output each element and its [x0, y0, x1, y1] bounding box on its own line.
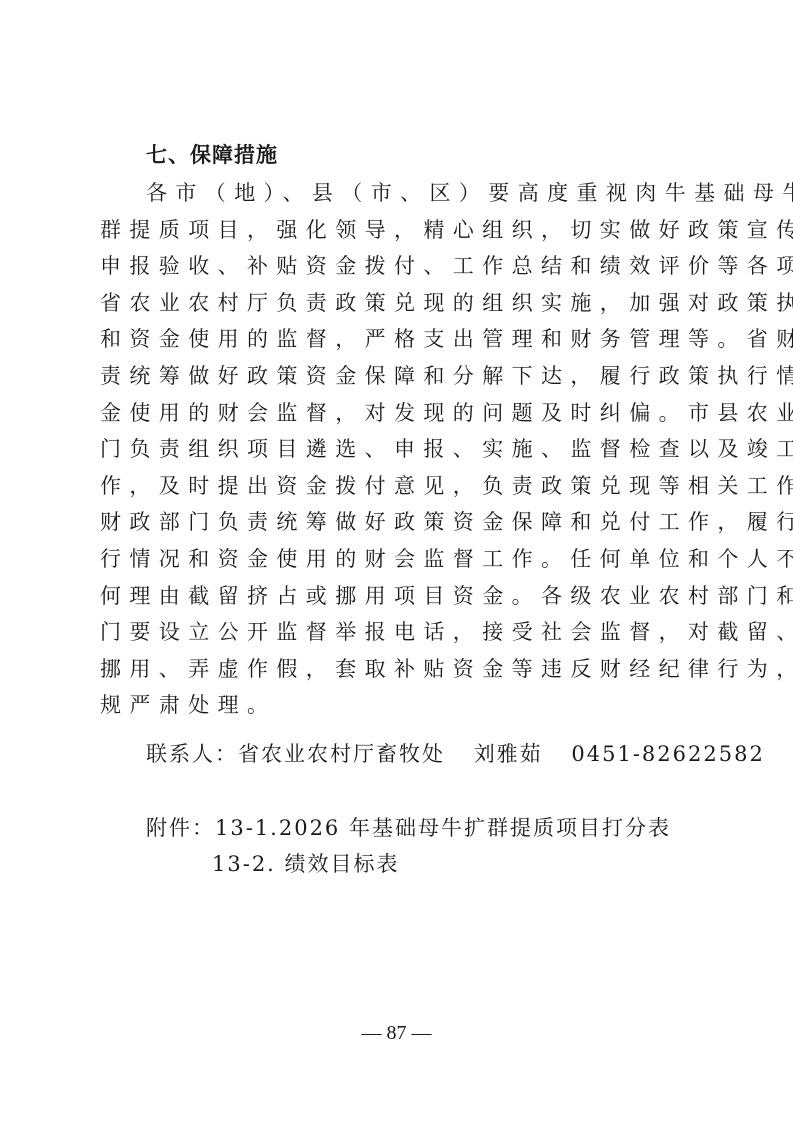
- contact-phone: 0451-82622582: [571, 742, 764, 766]
- paragraph-line: 挪用、弄虚作假，套取补贴资金等违反财经纪律行为，依法依: [100, 651, 692, 688]
- body-paragraph: 各市（地）、县（市、区）要高度重视肉牛基础母牛扩 群提质项目，强化领导，精心组织…: [100, 175, 692, 724]
- paragraph-line: 金使用的财会监督，对发现的问题及时纠偏。市县农业农村部: [100, 395, 692, 432]
- paragraph-line: 省农业农村厅负责政策兑现的组织实施，加强对政策执行情况: [100, 285, 692, 322]
- paragraph-line: 财政部门负责统筹做好政策资金保障和兑付工作，履行政策执: [100, 504, 692, 541]
- attachment-label: 附件：: [146, 816, 215, 840]
- paragraph-line: 申报验收、补贴资金拨付、工作总结和绩效评价等各项工作。: [100, 248, 692, 285]
- contact-line: 联系人：省农业农村厅畜牧处 刘雅茹 0451-82622582: [146, 738, 785, 768]
- paragraph-line: 和资金使用的监督，严格支出管理和财务管理等。省财政厅负: [100, 321, 692, 358]
- paragraph-line: 群提质项目，强化领导，精心组织，切实做好政策宣传、项目: [100, 212, 692, 249]
- contact-name: 刘雅茹: [474, 742, 543, 766]
- attachment-item: 13-2. 绩效目标表: [212, 852, 400, 876]
- paragraph-line: 何理由截留挤占或挪用项目资金。各级农业农村部门和财政部: [100, 578, 692, 615]
- paragraph-line: 各市（地）、县（市、区）要高度重视肉牛基础母牛扩: [100, 175, 692, 212]
- paragraph-line: 作，及时提出资金拨付意见，负责政策兑现等相关工作。市县: [100, 468, 692, 505]
- page-number: — 87 —: [0, 1022, 793, 1045]
- attachment-line-1: 附件：13-1.2026 年基础母牛扩群提质项目打分表: [146, 812, 671, 842]
- paragraph-line: 门负责组织项目遴选、申报、实施、监督检查以及竣工验收工: [100, 431, 692, 468]
- paragraph-line: 行情况和资金使用的财会监督工作。任何单位和个人不得以任: [100, 541, 692, 578]
- paragraph-line: 门要设立公开监督举报电话，接受社会监督，对截留、挤占、: [100, 614, 692, 651]
- attachment-item: 13-1.2026 年基础母牛扩群提质项目打分表: [215, 816, 671, 840]
- paragraph-line: 规严肃处理。: [100, 687, 692, 724]
- contact-label: 联系人：省农业农村厅畜牧处: [146, 742, 445, 766]
- attachment-line-2: 13-2. 绩效目标表: [212, 848, 400, 878]
- paragraph-line: 责统筹做好政策资金保障和分解下达，履行政策执行情况和资: [100, 358, 692, 395]
- document-page: 七、保障措施 各市（地）、县（市、区）要高度重视肉牛基础母牛扩 群提质项目，强化…: [0, 0, 793, 1122]
- section-heading: 七、保障措施: [146, 139, 278, 169]
